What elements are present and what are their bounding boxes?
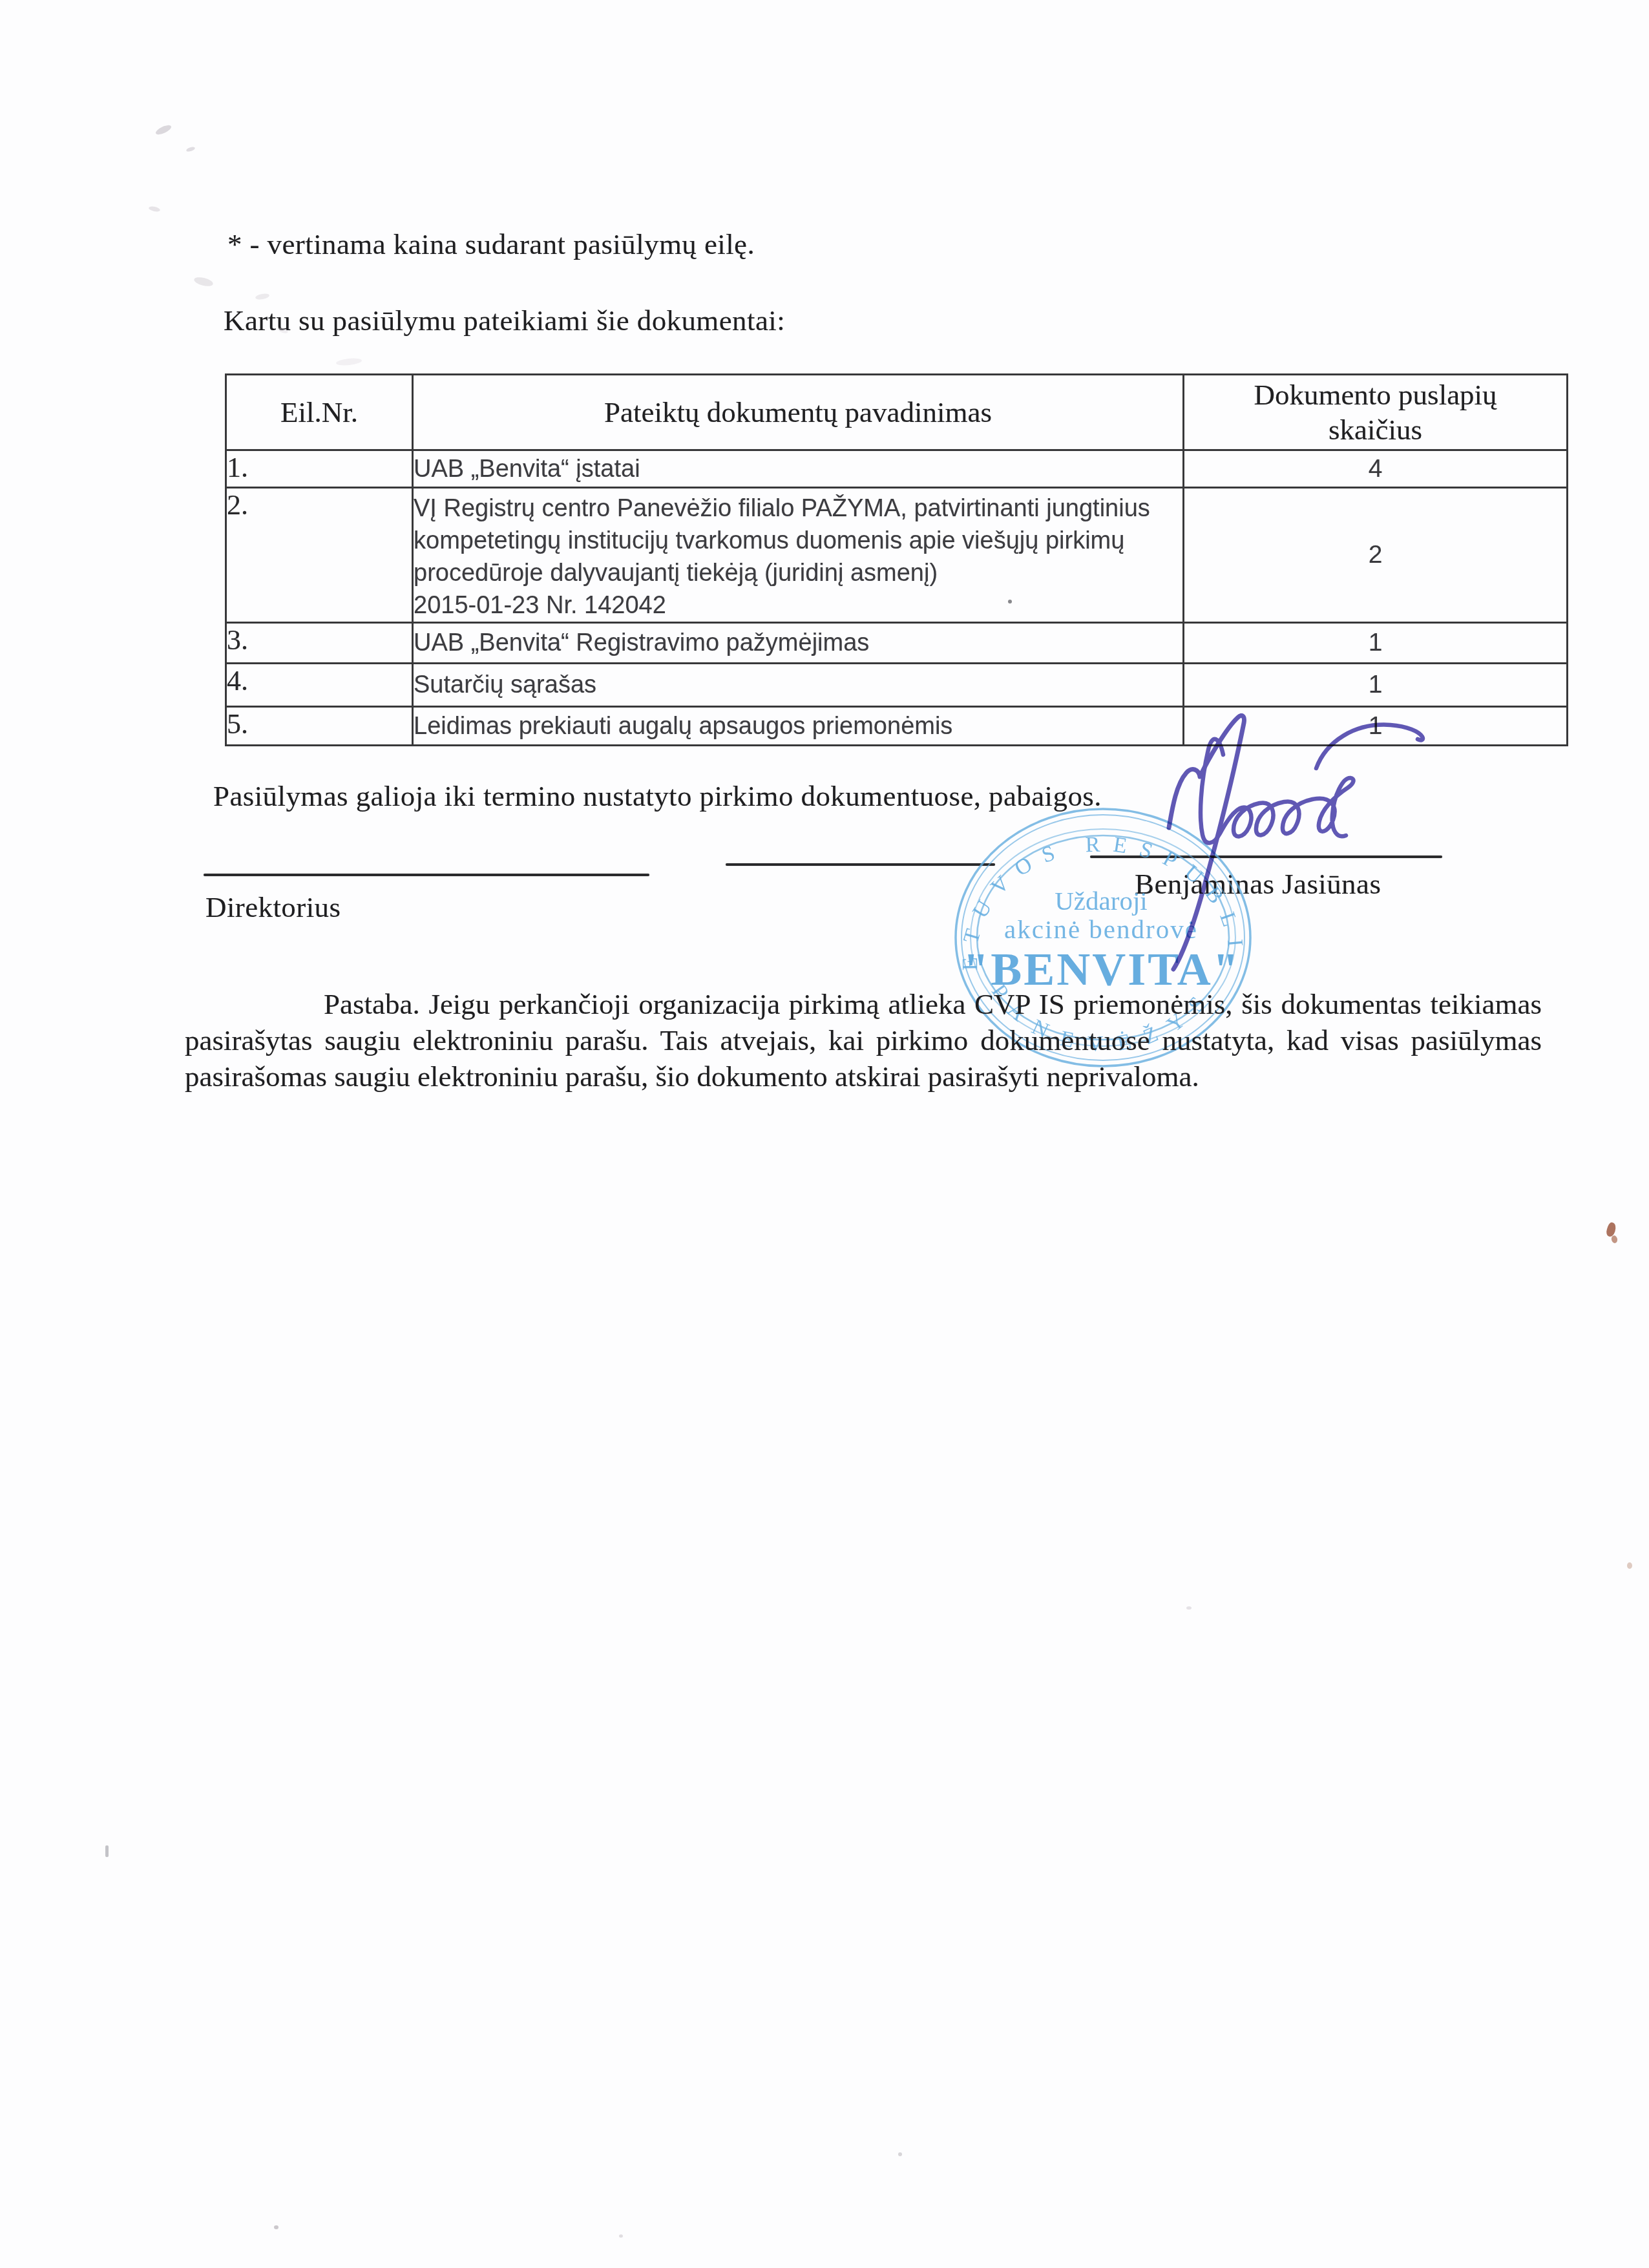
row-doc-name: Sutarčių sąrašas — [413, 664, 1184, 707]
row-number: 3. — [226, 623, 413, 664]
scan-speck — [1611, 1235, 1618, 1244]
stamp-line1: Uždaroji — [1055, 886, 1147, 916]
table-row: 1. UAB „Benvita“ įstatai 4 — [226, 450, 1568, 488]
note-paragraph: Pastaba. Jeigu perkančioji organizacija … — [185, 986, 1542, 1095]
row-doc-name: UAB „Benvita“ Registravimo pažymėjimas — [413, 623, 1184, 664]
scan-speck — [619, 2234, 623, 2238]
row-pages: 1 — [1184, 623, 1568, 664]
row-pages: 2 — [1184, 488, 1568, 623]
scan-speck — [148, 205, 160, 213]
row-number: 1. — [226, 450, 413, 488]
director-role-label: Direktorius — [205, 890, 341, 924]
row-doc-name: VĮ Registrų centro Panevėžio filialo PAŽ… — [413, 488, 1184, 623]
signature-rule-left — [204, 874, 649, 876]
header-doc-name: Pateiktų dokumentų pavadinimas — [413, 375, 1184, 450]
scanned-document-page: * - vertinama kaina sudarant pasiūlymų e… — [0, 0, 1649, 2268]
header-pages: Dokumento puslapių skaičius — [1184, 375, 1568, 450]
scan-speck — [274, 2225, 278, 2229]
scan-speck — [898, 2152, 902, 2156]
scan-speck — [255, 293, 269, 300]
table-header-row: Eil.Nr. Pateiktų dokumentų pavadinimas D… — [226, 375, 1568, 450]
table-row: 2. VĮ Registrų centro Panevėžio filialo … — [226, 488, 1568, 623]
scan-speck — [1186, 1606, 1192, 1610]
scan-speck — [193, 276, 214, 288]
signature-stroke-arc — [1316, 725, 1423, 768]
row-doc-name: UAB „Benvita“ įstatai — [413, 450, 1184, 488]
signature-stroke-loops — [1201, 739, 1354, 843]
table-row: 3. UAB „Benvita“ Registravimo pažymėjima… — [226, 623, 1568, 664]
row-number: 4. — [226, 664, 413, 707]
scan-speck — [185, 146, 195, 152]
row-pages: 4 — [1184, 450, 1568, 488]
scan-speck — [336, 357, 362, 366]
row-number: 5. — [226, 707, 413, 746]
scan-speck — [1008, 600, 1012, 604]
row-doc-name: Leidimas prekiauti augalų apsaugos priem… — [413, 707, 1184, 746]
scan-speck — [1627, 1562, 1632, 1569]
scan-speck — [154, 123, 173, 136]
row-number: 2. — [226, 488, 413, 623]
header-eil-nr: Eil.Nr. — [226, 375, 413, 450]
intro-line: Kartu su pasiūlymu pateikiami šie dokume… — [224, 304, 785, 337]
scan-speck — [105, 1845, 109, 1857]
handwritten-signature — [1137, 682, 1447, 998]
footnote-line: * - vertinama kaina sudarant pasiūlymų e… — [227, 227, 755, 261]
